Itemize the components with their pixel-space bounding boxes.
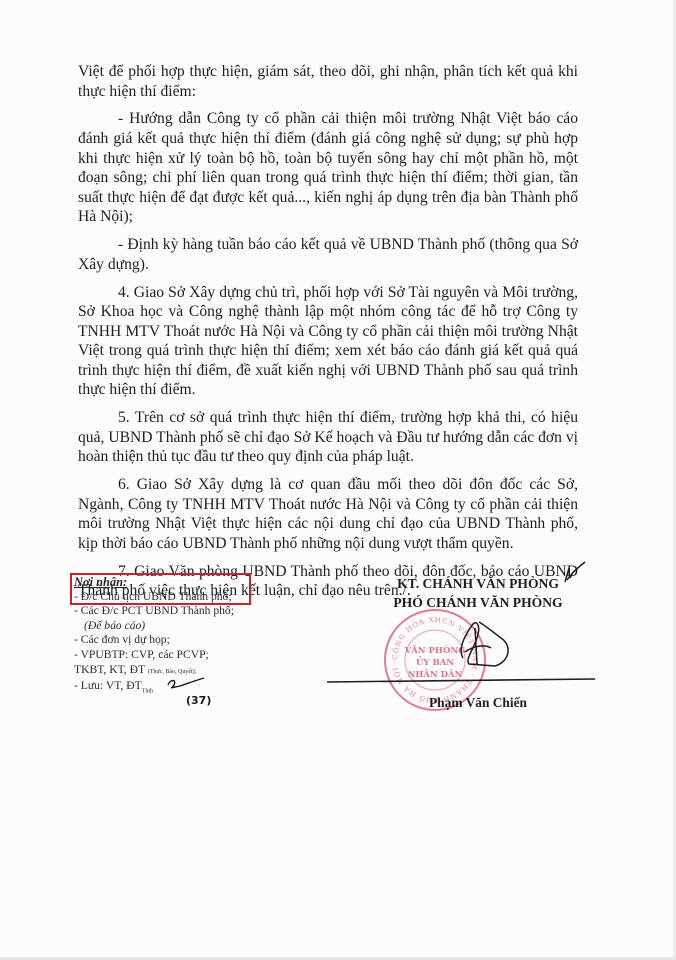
signer-name: Phạm Văn Chiến <box>418 695 538 711</box>
handwritten-check-icon <box>561 560 587 586</box>
paragraph-item-6: 6. Giao Sở Xây dựng là cơ quan đầu mối t… <box>78 475 578 553</box>
paragraph-item-4: 4. Giao Sở Xây dựng chủ trì, phối hợp vớ… <box>78 283 578 401</box>
highlight-box-chairman <box>70 573 251 605</box>
recipient-departments-names: (Thực, Bảo, Quyết); <box>148 669 197 675</box>
paragraph-guidance-report: - Hướng dẫn Công ty cổ phần cải thiện mô… <box>78 109 578 227</box>
recipient-meeting-units: - Các đơn vị dự họp; <box>74 633 274 648</box>
signature-scribble-icon <box>455 618 515 673</box>
paragraph-weekly-report: - Định kỳ hàng tuần báo cáo kết quả về U… <box>78 235 578 274</box>
svg-text:ỦY BAN: ỦY BAN <box>416 655 454 668</box>
handwritten-count: (37) <box>186 694 211 707</box>
document-body: Việt để phối hợp thực hiện, giám sát, th… <box>78 62 578 609</box>
recipient-vice-chairmen: - Các Đ/c PCT UBND Thành phố; <box>74 604 274 619</box>
signature-underline <box>327 677 597 685</box>
recipient-office: - VPUBTP: CVP, các PCVP; <box>74 648 274 663</box>
recipient-departments-label: TKBT, KT, ĐT <box>74 663 145 676</box>
recipient-archive-label: - Lưu: VT, ĐT <box>74 679 142 692</box>
paragraph-item-5: 5. Trên cơ sở quá trình thực hiện thí đi… <box>78 408 578 467</box>
recipient-report-note: (Để báo cáo) <box>74 619 274 634</box>
recipient-archive-sub: Tỉnh <box>142 688 153 694</box>
paragraph-intro-continuation: Việt để phối hợp thực hiện, giám sát, th… <box>78 62 578 101</box>
handwritten-initial-icon <box>166 676 206 692</box>
